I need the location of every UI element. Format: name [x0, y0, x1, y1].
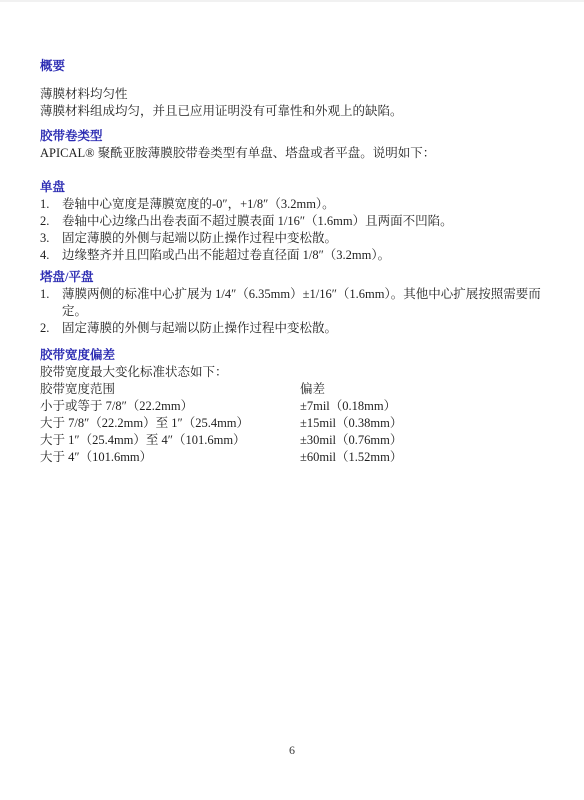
- list-item: 4. 边缘整齐并且凹陷或凸出不能超过卷直径面 1/8″（3.2mm）。: [40, 247, 546, 264]
- cell-range: 大于 7/8″（22.2mm）至 1″（25.4mm）: [40, 415, 300, 432]
- section-heading-width-tolerance: 胶带宽度偏差: [40, 347, 546, 364]
- list-item-number: 2.: [40, 213, 62, 230]
- table-row: 大于 4″（101.6mm） ±60mil（1.52mm）: [40, 449, 546, 466]
- overview-subtitle: 薄膜材料均匀性: [40, 86, 546, 103]
- list-item-text: 边缘整齐并且凹陷或凸出不能超过卷直径面 1/8″（3.2mm）。: [62, 247, 546, 264]
- section-heading-single-reel: 单盘: [40, 179, 546, 196]
- list-item-number: 3.: [40, 230, 62, 247]
- section-heading-overview: 概要: [40, 58, 546, 75]
- list-item-number: 4.: [40, 247, 62, 264]
- table-row: 大于 7/8″（22.2mm）至 1″（25.4mm） ±15mil（0.38m…: [40, 415, 546, 432]
- column-header-range: 胶带宽度范围: [40, 381, 300, 398]
- list-item-number: 1.: [40, 196, 62, 213]
- list-item-text: 卷轴中心边缘凸出卷表面不超过膜表面 1/16″（1.6mm）且两面不凹陷。: [62, 213, 546, 230]
- cell-tolerance: ±15mil（0.38mm）: [300, 415, 546, 432]
- document-content: 概要 薄膜材料均匀性 薄膜材料组成均匀，并且已应用证明没有可靠性和外观上的缺陷。…: [0, 2, 584, 466]
- pancake-reel-list: 1. 薄膜两侧的标准中心扩展为 1/4″（6.35mm）±1/16″（1.6mm…: [40, 286, 546, 337]
- table-row: 小于或等于 7/8″（22.2mm） ±7mil（0.18mm）: [40, 398, 546, 415]
- column-header-tolerance: 偏差: [300, 381, 546, 398]
- list-item: 3. 固定薄膜的外侧与起端以防止操作过程中变松散。: [40, 230, 546, 247]
- cell-range: 大于 1″（25.4mm）至 4″（101.6mm）: [40, 432, 300, 449]
- width-tolerance-intro: 胶带宽度最大变化标准状态如下：: [40, 364, 546, 381]
- cell-range: 小于或等于 7/8″（22.2mm）: [40, 398, 300, 415]
- roll-types-body: APICAL® 聚酰亚胺薄膜胶带卷类型有单盘、塔盘或者平盘。说明如下：: [40, 145, 546, 162]
- table-header-row: 胶带宽度范围 偏差: [40, 381, 546, 398]
- single-reel-list: 1. 卷轴中心宽度是薄膜宽度的-0″，+1/8″（3.2mm）。 2. 卷轴中心…: [40, 196, 546, 264]
- list-item-text: 卷轴中心宽度是薄膜宽度的-0″，+1/8″（3.2mm）。: [62, 196, 546, 213]
- document-page: 概要 薄膜材料均匀性 薄膜材料组成均匀，并且已应用证明没有可靠性和外观上的缺陷。…: [0, 0, 584, 800]
- list-item: 1. 薄膜两侧的标准中心扩展为 1/4″（6.35mm）±1/16″（1.6mm…: [40, 286, 546, 320]
- list-item-number: 2.: [40, 320, 62, 337]
- cell-tolerance: ±30mil（0.76mm）: [300, 432, 546, 449]
- section-heading-roll-types: 胶带卷类型: [40, 128, 546, 145]
- overview-body: 薄膜材料组成均匀，并且已应用证明没有可靠性和外观上的缺陷。: [40, 103, 546, 120]
- page-number: 6: [0, 742, 584, 759]
- list-item-text: 固定薄膜的外侧与起端以防止操作过程中变松散。: [62, 230, 546, 247]
- list-item-text: 薄膜两侧的标准中心扩展为 1/4″（6.35mm）±1/16″（1.6mm）。其…: [62, 286, 546, 320]
- list-item-number: 1.: [40, 286, 62, 320]
- cell-tolerance: ±7mil（0.18mm）: [300, 398, 546, 415]
- list-item-text: 固定薄膜的外侧与起端以防止操作过程中变松散。: [62, 320, 546, 337]
- width-tolerance-table: 胶带宽度范围 偏差 小于或等于 7/8″（22.2mm） ±7mil（0.18m…: [40, 381, 546, 466]
- list-item: 1. 卷轴中心宽度是薄膜宽度的-0″，+1/8″（3.2mm）。: [40, 196, 546, 213]
- list-item: 2. 固定薄膜的外侧与起端以防止操作过程中变松散。: [40, 320, 546, 337]
- cell-tolerance: ±60mil（1.52mm）: [300, 449, 546, 466]
- list-item: 2. 卷轴中心边缘凸出卷表面不超过膜表面 1/16″（1.6mm）且两面不凹陷。: [40, 213, 546, 230]
- cell-range: 大于 4″（101.6mm）: [40, 449, 300, 466]
- section-heading-pancake-reel: 塔盘/平盘: [40, 269, 546, 286]
- table-row: 大于 1″（25.4mm）至 4″（101.6mm） ±30mil（0.76mm…: [40, 432, 546, 449]
